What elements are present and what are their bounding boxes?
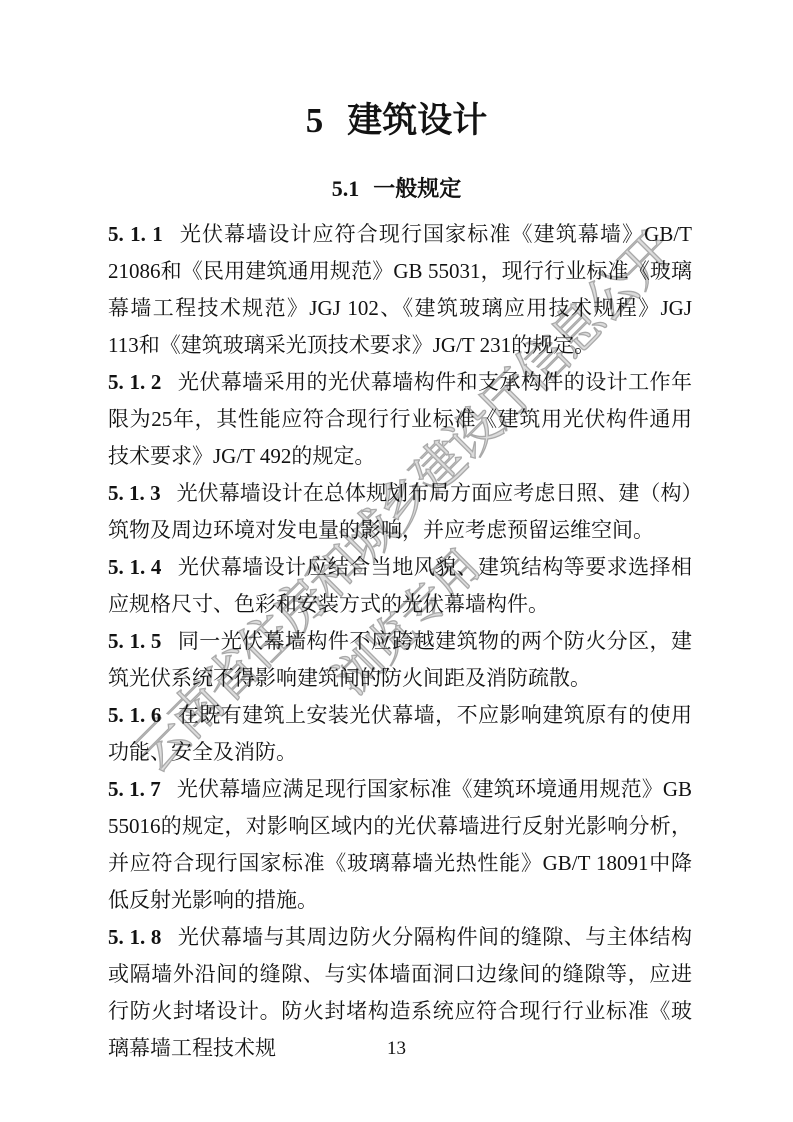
clauses-container: 5. 1. 1光伏幕墙设计应符合现行国家标准《建筑幕墙》GB/T 21086和《… <box>108 216 692 1067</box>
document-page: 云南省住房和城乡建设厅信息公开 浏览专用 5建筑设计 5.1一般规定 5. 1.… <box>0 0 793 1122</box>
section-heading: 5.1一般规定 <box>0 172 793 203</box>
chapter-number: 5 <box>306 101 324 140</box>
clause-text: 光伏幕墙设计应符合现行国家标准《建筑幕墙》GB/T 21086和《民用建筑通用规… <box>108 222 692 357</box>
clause-5-1-2: 5. 1. 2光伏幕墙采用的光伏幕墙构件和支承构件的设计工作年限为25年，其性能… <box>108 364 692 475</box>
clause-text: 光伏幕墙采用的光伏幕墙构件和支承构件的设计工作年限为25年，其性能应符合现行行业… <box>108 370 692 468</box>
clause-5-1-3: 5. 1. 3光伏幕墙设计在总体规划布局方面应考虑日照、建（构）筑物及周边环境对… <box>108 475 692 549</box>
chapter-title: 建筑设计 <box>347 101 487 140</box>
chapter-heading: 5建筑设计 <box>0 93 793 143</box>
clause-text: 在既有建筑上安装光伏幕墙，不应影响建筑原有的使用功能、安全及消防。 <box>108 703 692 764</box>
clause-5-1-6: 5. 1. 6在既有建筑上安装光伏幕墙，不应影响建筑原有的使用功能、安全及消防。 <box>108 697 692 771</box>
clause-number: 5. 1. 8 <box>108 925 161 949</box>
clause-5-1-5: 5. 1. 5同一光伏幕墙构件不应跨越建筑物的两个防火分区，建筑光伏系统不得影响… <box>108 623 692 697</box>
clause-number: 5. 1. 4 <box>108 555 161 579</box>
section-number: 5.1 <box>332 176 360 201</box>
page-number: 13 <box>0 1038 793 1060</box>
clause-text: 光伏幕墙设计应结合当地风貌、建筑结构等要求选择相应规格尺寸、色彩和安装方式的光伏… <box>108 555 692 616</box>
clause-5-1-1: 5. 1. 1光伏幕墙设计应符合现行国家标准《建筑幕墙》GB/T 21086和《… <box>108 216 692 364</box>
clause-text: 光伏幕墙应满足现行国家标准《建筑环境通用规范》GB 55016的规定，对影响区域… <box>108 777 692 912</box>
clause-number: 5. 1. 5 <box>108 629 161 653</box>
clause-number: 5. 1. 2 <box>108 370 161 394</box>
section-title: 一般规定 <box>373 176 461 201</box>
clause-5-1-4: 5. 1. 4光伏幕墙设计应结合当地风貌、建筑结构等要求选择相应规格尺寸、色彩和… <box>108 549 692 623</box>
clause-number: 5. 1. 3 <box>108 481 161 505</box>
clause-number: 5. 1. 7 <box>108 777 161 801</box>
clause-number: 5. 1. 6 <box>108 703 161 727</box>
clause-5-1-7: 5. 1. 7光伏幕墙应满足现行国家标准《建筑环境通用规范》GB 55016的规… <box>108 771 692 919</box>
clause-text: 光伏幕墙设计在总体规划布局方面应考虑日照、建（构）筑物及周边环境对发电量的影响，… <box>108 481 692 542</box>
clause-number: 5. 1. 1 <box>108 222 163 246</box>
clause-text: 同一光伏幕墙构件不应跨越建筑物的两个防火分区，建筑光伏系统不得影响建筑间的防火间… <box>108 629 692 690</box>
